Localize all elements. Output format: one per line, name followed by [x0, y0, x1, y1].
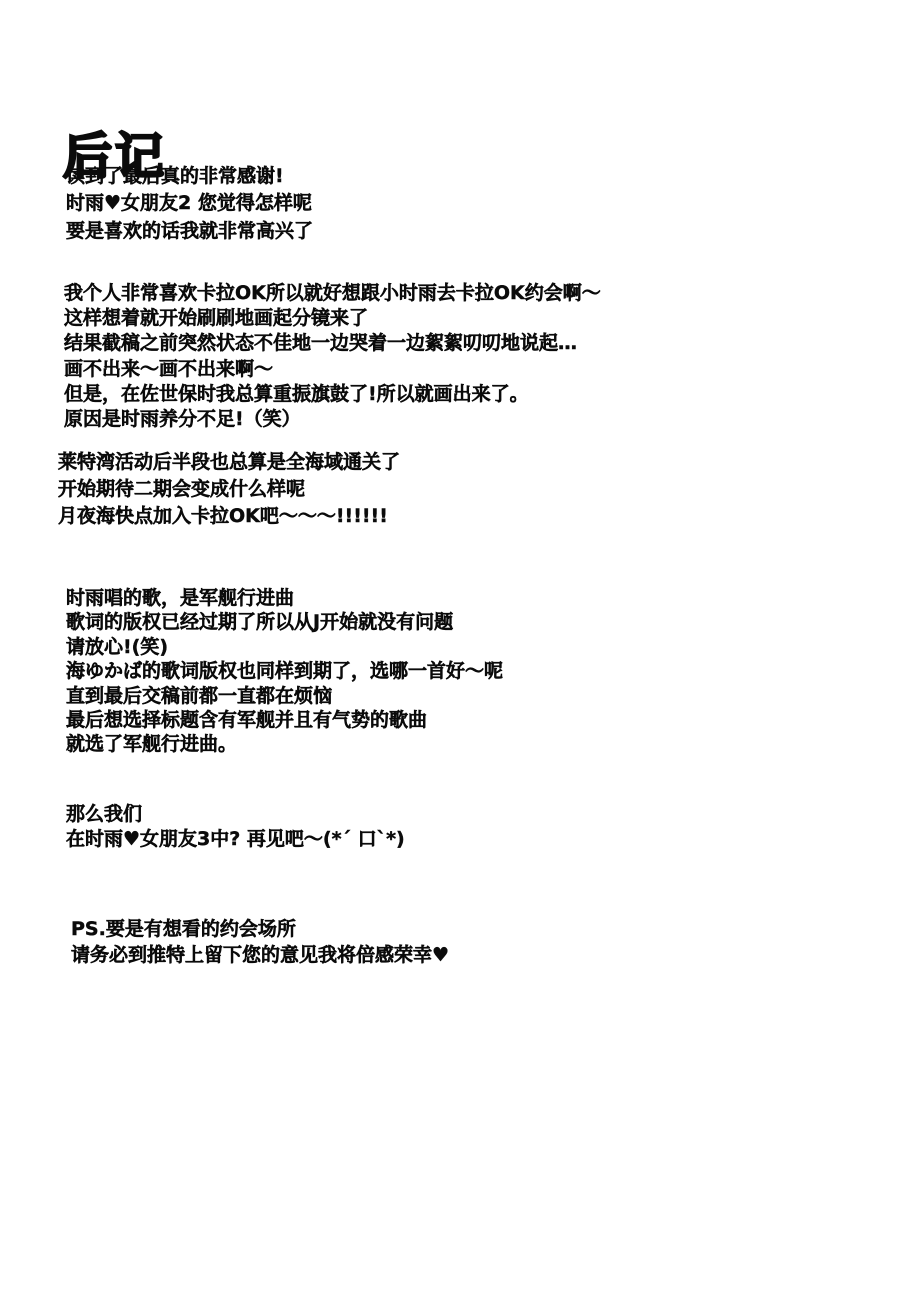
afterword-page: 后记 读到了最后真的非常感谢! 时雨♥女朋友2 您觉得怎样呢 要是喜欢的话我就非… [0, 0, 900, 1310]
text-line: 原因是时雨养分不足!（笑） [64, 407, 601, 432]
text-line: 请放心!(笑) [66, 635, 503, 659]
text-line: 我个人非常喜欢卡拉OK所以就好想跟小时雨去卡拉OK约会啊～ [64, 281, 601, 306]
text-line: 月夜海快点加入卡拉OK吧～～～!!!!!! [58, 503, 400, 530]
text-line: 开始期待二期会变成什么样呢 [58, 476, 400, 503]
paragraph-greeting: 读到了最后真的非常感谢! 时雨♥女朋友2 您觉得怎样呢 要是喜欢的话我就非常高兴… [66, 163, 313, 245]
text-line: 最后想选择标题含有军舰并且有气势的歌曲 [66, 708, 503, 732]
paragraph-karaoke-story: 我个人非常喜欢卡拉OK所以就好想跟小时雨去卡拉OK约会啊～ 这样想着就开始刷刷地… [64, 281, 601, 432]
text-line: 请务必到推特上留下您的意见我将倍感荣幸♥ [71, 942, 449, 968]
text-line: 但是，在佐世保时我总算重振旗鼓了!所以就画出来了。 [64, 382, 601, 407]
text-line: 时雨♥女朋友2 您觉得怎样呢 [66, 190, 313, 217]
paragraph-farewell: 那么我们 在时雨♥女朋友3中? 再见吧～(*´ 口`*) [66, 802, 405, 851]
text-line: 结果截稿之前突然状态不佳地一边哭着一边絮絮叨叨地说起… [64, 331, 601, 356]
text-line: 读到了最后真的非常感谢! [66, 163, 313, 190]
text-line: PS.要是有想看的约会场所 [71, 916, 449, 942]
text-line: 画不出来～画不出来啊～ [64, 357, 601, 382]
text-line: 就选了军舰行进曲。 [66, 732, 503, 756]
text-line: 在时雨♥女朋友3中? 再见吧～(*´ 口`*) [66, 827, 405, 852]
text-line: 海ゆかば的歌词版权也同样到期了，选哪一首好～呢 [66, 659, 503, 683]
text-line: 这样想着就开始刷刷地画起分镜来了 [64, 306, 601, 331]
text-line: 直到最后交稿前都一直都在烦恼 [66, 684, 503, 708]
text-line: 要是喜欢的话我就非常高兴了 [66, 218, 313, 245]
paragraph-song-choice: 时雨唱的歌，是军舰行进曲 歌词的版权已经过期了所以从J开始就没有问题 请放心!(… [66, 586, 503, 757]
text-line: 那么我们 [66, 802, 405, 827]
paragraph-event-progress: 莱特湾活动后半段也总算是全海域通关了 开始期待二期会变成什么样呢 月夜海快点加入… [58, 449, 400, 530]
paragraph-postscript: PS.要是有想看的约会场所 请务必到推特上留下您的意见我将倍感荣幸♥ [71, 916, 449, 968]
text-line: 时雨唱的歌，是军舰行进曲 [66, 586, 503, 610]
text-line: 莱特湾活动后半段也总算是全海域通关了 [58, 449, 400, 476]
text-line: 歌词的版权已经过期了所以从J开始就没有问题 [66, 610, 503, 634]
